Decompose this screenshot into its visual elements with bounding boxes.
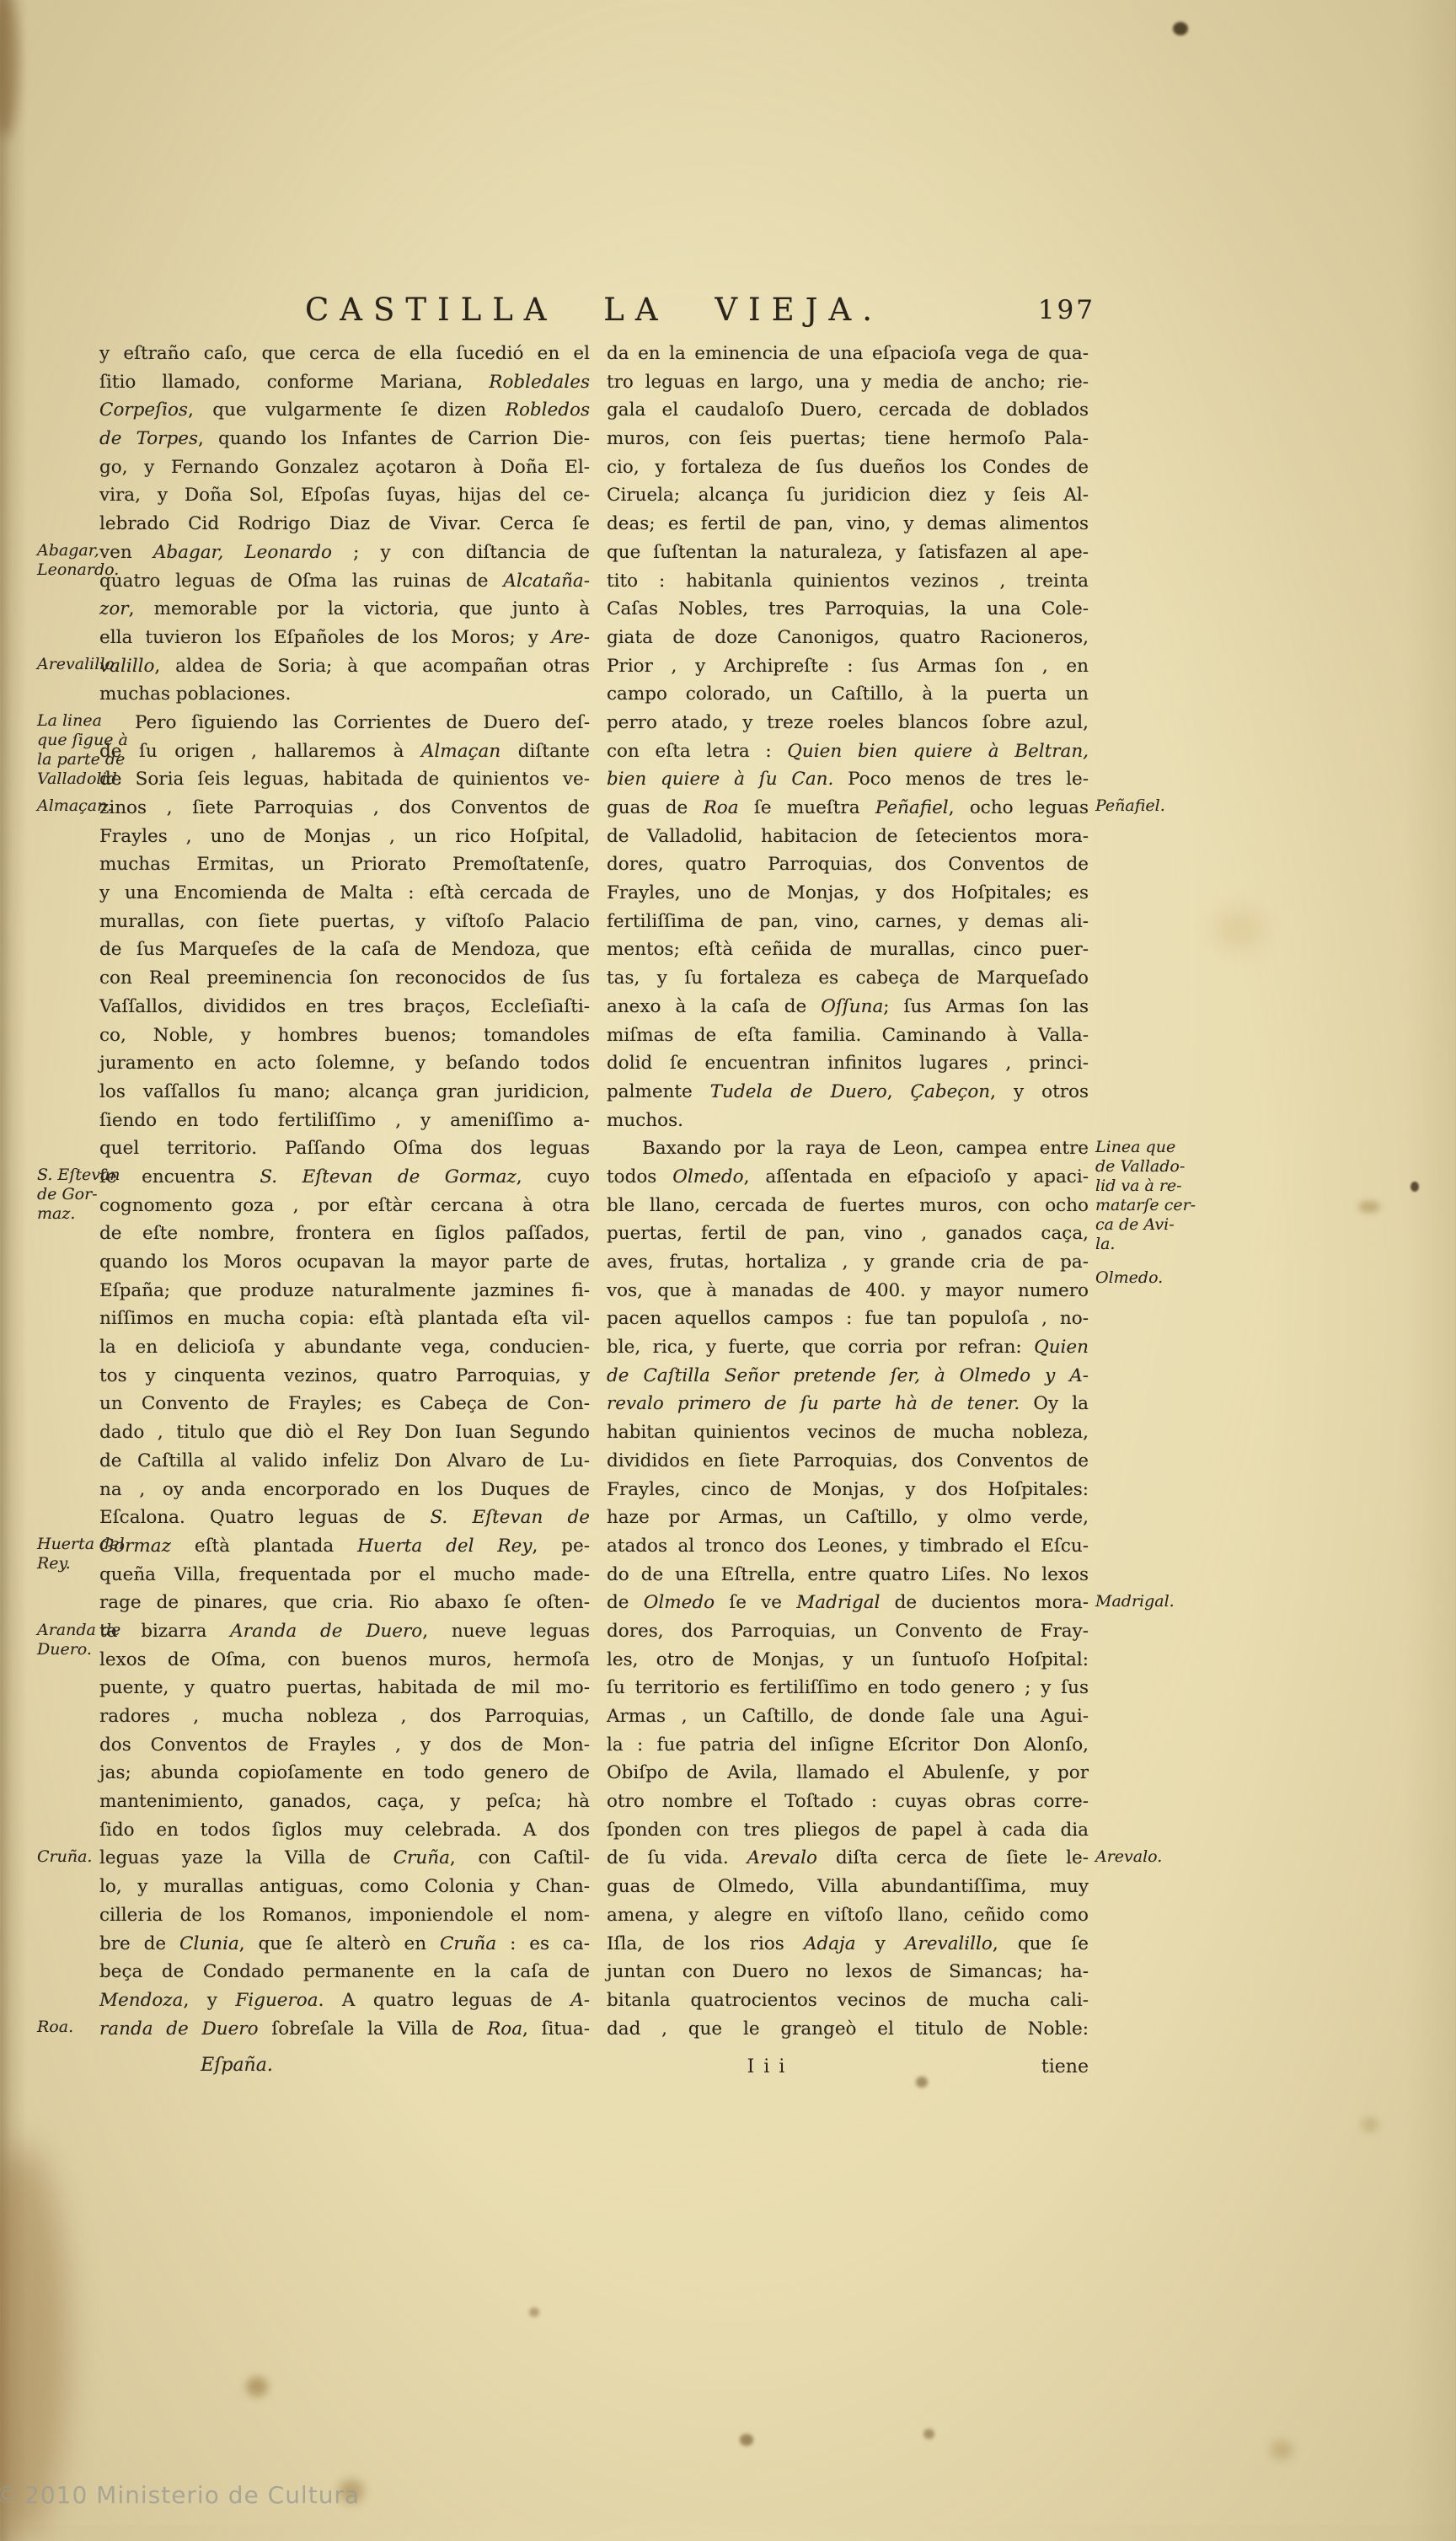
margin-note-line: ca de Avi-	[1095, 1215, 1202, 1235]
text-line: cognomento goza , por eſtàr cercana à ot…	[99, 1192, 590, 1220]
text-line: y eſtraño caſo, que cerca de ella ſucedi…	[99, 340, 590, 368]
text-line: ſiendo en todo fertiliſſimo , y ameniſſi…	[99, 1107, 590, 1135]
stain-spot	[246, 2377, 268, 2397]
text-line: guas de Olmedo, Villa abundantiſſima, mu…	[607, 1873, 1089, 1901]
stain-spot	[1362, 2117, 1378, 2132]
margin-note-line: Roa.	[37, 2018, 138, 2037]
text-line: muchas Ermitas, un Priorato Premoſtatenſ…	[99, 850, 590, 879]
text-line: bitanla quatrocientos vecinos de mucha c…	[607, 1986, 1089, 2015]
margin-note-line: Olmedo.	[1095, 1268, 1202, 1288]
text-line: amena, y alegre en viſtoſo llano, ceñido…	[607, 1901, 1089, 1930]
margin-note-line: que ſigue à	[37, 731, 138, 750]
text-line: puente, y quatro puertas, habitada de mi…	[99, 1674, 590, 1702]
margin-note-line: matarſe cer-	[1095, 1196, 1202, 1215]
text-line: zor, memorable por la victoria, que junt…	[99, 595, 590, 624]
margin-note: Linea quede Vallado-lid va à re-matarſe …	[1095, 1138, 1202, 1254]
margin-note-line: la parte de	[37, 750, 138, 769]
text-line: ſido en todos ſiglos muy celebrada. A do…	[99, 1816, 590, 1845]
margin-note-line: Aranda de	[37, 1621, 138, 1640]
text-line: muchas poblaciones.	[99, 680, 590, 709]
margin-note: S. Eſtevande Gor-maz.	[37, 1166, 138, 1224]
text-line: bien quiere à ſu Can. Poco menos de tres…	[607, 765, 1089, 794]
stain-spot	[529, 2308, 539, 2317]
text-line: aves, frutas, hortaliza , y grande cria …	[607, 1248, 1089, 1277]
margin-note: Huerta delRey.	[37, 1535, 138, 1573]
text-line: ven Abagar, Leonardo ; y con diſtancia d…	[99, 539, 590, 567]
stain-spot	[1213, 910, 1264, 949]
margin-note-line: de Vallado-	[1095, 1157, 1202, 1177]
text-line: dores, quatro Parroquias, dos Conventos …	[607, 850, 1089, 879]
text-line: con Real preeminencia ſon reconocidos de…	[99, 964, 590, 993]
text-line: les, otro de Monjas, y un ſuntuoſo Hoſpi…	[607, 1646, 1089, 1675]
stain-spot	[1173, 22, 1188, 35]
margin-note: Arevalo.	[1095, 1847, 1202, 1867]
text-line: Vaſſallos, divididos en tres braços, Ecc…	[99, 993, 590, 1021]
text-line: de Soria ſeis leguas, habitada de quinie…	[99, 765, 590, 794]
margin-note-line: Abagar,	[37, 541, 138, 560]
text-line: que ſuſtentan la naturaleza, y ſatisfaze…	[607, 539, 1089, 567]
text-line: cilleria de los Romanos, imponiendole el…	[99, 1901, 590, 1930]
text-line: Armas , un Caſtillo, de donde ſale una A…	[607, 1702, 1089, 1731]
text-line: Ciruela; alcança ſu juridicion diez y ſe…	[607, 481, 1089, 510]
text-line: queña Villa, frequentada por el mucho ma…	[99, 1561, 590, 1589]
margin-note-line: Leonardo.	[37, 560, 138, 580]
text-line: jas; abunda copioſamente en todo genero …	[99, 1759, 590, 1788]
margin-note-line: Madrigal.	[1095, 1592, 1202, 1611]
text-line: Corpeſios, que vulgarmente ſe dizen Robl…	[99, 396, 590, 425]
text-line: mantenimiento, ganados, caça, y peſca; h…	[99, 1788, 590, 1816]
margin-note-line: Peñafiel.	[1095, 796, 1202, 816]
text-line: guas de Roa ſe mueſtra Peñafiel, ocho le…	[607, 794, 1089, 823]
text-line: dores, dos Parroquias, un Convento de Fr…	[607, 1617, 1089, 1646]
copyright-icon: ©	[0, 2481, 19, 2509]
margin-note-line: de Gor-	[37, 1185, 138, 1204]
margin-note: Cruña.	[37, 1847, 138, 1867]
text-line: los vaſſallos ſu mano; alcança gran juri…	[99, 1078, 590, 1107]
margin-note-line: Valladolid.	[37, 769, 138, 789]
text-line: palmente Tudela de Duero, Çabeçon, y otr…	[607, 1078, 1089, 1107]
margin-note: Madrigal.	[1095, 1592, 1202, 1611]
book-page-scan: CASTILLA LA VIEJA. 197 y eſtraño caſo, q…	[0, 0, 1456, 2525]
text-line: deas; es fertil de pan, vino, y demas al…	[607, 510, 1089, 539]
margin-note: Peñafiel.	[1095, 796, 1202, 816]
text-line: revalo primero de ſu parte hà de tener. …	[607, 1390, 1089, 1418]
margin-note-line: lid va à re-	[1095, 1177, 1202, 1196]
text-line: rage de pinares, que cria. Rio abaxo ſe …	[99, 1589, 590, 1617]
text-line: gala el caudaloſo Duero, cercada de dobl…	[607, 396, 1089, 425]
text-line: ta bizarra Aranda de Duero, nueve leguas	[99, 1617, 590, 1646]
stain-spot	[0, 0, 19, 137]
margin-note-line: maz.	[37, 1204, 138, 1224]
stain-spot	[916, 2077, 928, 2088]
text-line: muchos.	[607, 1107, 1089, 1135]
text-line: miſmas de eſta familia. Caminando à Vall…	[607, 1021, 1089, 1050]
text-line: Baxando por la raya de Leon, campea entr…	[607, 1134, 1089, 1163]
text-line: lo, y murallas antiguas, como Colonia y …	[99, 1873, 590, 1901]
stain-spot	[1410, 1182, 1419, 1192]
text-line: tas, y ſu fortaleza es cabeça de Marqueſ…	[607, 964, 1089, 993]
text-line: muros, con ſeis puertas; tiene hermoſo P…	[607, 425, 1089, 453]
text-line: con eſta letra : Quien bien quiere à Bel…	[607, 737, 1089, 766]
text-line: leguas yaze la Villa de Cruña, con Caſti…	[99, 1844, 590, 1873]
margin-note: Arevalillo.	[37, 655, 138, 674]
text-line: tro leguas en largo, una y media de anch…	[607, 368, 1089, 397]
text-line: murallas, con ſiete puertas, y viſtoſo P…	[99, 908, 590, 936]
margin-note-line: Duero.	[37, 1640, 138, 1659]
text-line: de ſus Marqueſes de la caſa de Mendoza, …	[99, 935, 590, 964]
text-line: ſu territorio es fertiliſſimo en todo ge…	[607, 1674, 1089, 1702]
text-line: do de una Eſtrella, entre quatro Liſes. …	[607, 1561, 1089, 1589]
text-line: y una Encomienda de Malta : eſtà cercada…	[99, 879, 590, 908]
text-line: de Caſtilla Señor pretende ſer, à Olmedo…	[607, 1362, 1089, 1391]
text-line: dad , que le grangeò el titulo de Noble:	[607, 2015, 1089, 2044]
margin-note: Abagar,Leonardo.	[37, 541, 138, 580]
text-line: dolid ſe encuentran infinitos lugares , …	[607, 1049, 1089, 1078]
text-line: mentos; eſtà ceñida de murallas, cinco p…	[607, 935, 1089, 964]
margin-note: La lineaque ſigue àla parte deValladolid…	[37, 711, 138, 789]
page-title: CASTILLA LA VIEJA.	[99, 292, 1089, 328]
text-line: de ſu vida. Arevalo diſta cerca de ſiete…	[607, 1844, 1089, 1873]
text-line: puertas, fertil de pan, vino , ganados c…	[607, 1220, 1089, 1248]
text-line: habitan quinientos vecinos de mucha nobl…	[607, 1418, 1089, 1447]
text-line: atados al tronco dos Leones, y timbrado …	[607, 1532, 1089, 1561]
text-line: quel territorio. Paſſando Oſma dos legua…	[99, 1134, 590, 1163]
stain-spot	[0, 2145, 68, 2525]
text-line: Obiſpo de Avila, llamado el Abulenſe, y …	[607, 1759, 1089, 1788]
text-line: un Convento de Frayles; es Cabeça de Con…	[99, 1390, 590, 1418]
margin-note-line: S. Eſtevan	[37, 1166, 138, 1185]
text-line: todos Olmedo, aſſentada en eſpacioſo y a…	[607, 1163, 1089, 1192]
text-line: perro atado, y treze roeles blancos ſobr…	[607, 709, 1089, 737]
text-line: Prior , y Archipreſte : ſus Armas ſon , …	[607, 652, 1089, 681]
text-line: go, y Fernando Gonzalez açotaron à Doña …	[99, 453, 590, 482]
text-line: co, Noble, y hombres buenos; tomandoles	[99, 1021, 590, 1050]
stain-spot	[923, 2429, 934, 2439]
text-line: Caſas Nobles, tres Parroquias, la una Co…	[607, 595, 1089, 624]
text-line: randa de Duero ſobreſale la Villa de Roa…	[99, 2015, 590, 2044]
text-line: otro nombre el Toſtado : cuyas obras cor…	[607, 1788, 1089, 1816]
text-line: Frayles , uno de Monjas , un rico Hoſpit…	[99, 823, 590, 851]
text-line: da en la eminencia de una eſpacioſa vega…	[607, 340, 1089, 368]
margin-note: Almaçan.	[37, 796, 138, 816]
text-line: Eſcalona. Quatro leguas de S. Eſtevan de	[99, 1504, 590, 1532]
text-line: vira, y Doña Sol, Eſpoſas ſuyas, hijas d…	[99, 481, 590, 510]
text-line: ble, rica, y fuerte, que corria por refr…	[607, 1333, 1089, 1362]
text-line: divididos en ſiete Parroquias, dos Conve…	[607, 1447, 1089, 1476]
page-number: 197	[969, 295, 1095, 325]
margin-note: Roa.	[37, 2018, 138, 2037]
text-line: la en delicioſa y abundante vega, conduc…	[99, 1333, 590, 1362]
margin-note: Olmedo.	[1095, 1268, 1202, 1288]
text-line: Frayles, uno de Monjas, y dos Hoſpitales…	[607, 879, 1089, 908]
margin-note-line: Cruña.	[37, 1847, 138, 1867]
margin-note-line: La linea	[37, 711, 138, 731]
text-line: beça de Condado permanente en la caſa de	[99, 1958, 590, 1986]
text-line: niſſimos en mucha copia: eſtà plantada e…	[99, 1305, 590, 1333]
text-line: juntan con Duero no lexos de Simancas; h…	[607, 1958, 1089, 1986]
margin-note-line: Arevalo.	[1095, 1847, 1202, 1867]
text-line: Mendoza, y Figueroa. A quatro leguas de …	[99, 1986, 590, 2015]
text-column-left: y eſtraño caſo, que cerca de ella ſucedi…	[99, 340, 590, 2043]
text-line: campo colorado, un Caſtillo, à la puerta…	[607, 680, 1089, 709]
text-line: ble llano, cercada de fuertes muros, con…	[607, 1192, 1089, 1220]
text-line: Pero ſiguiendo las Corrientes de Duero d…	[99, 709, 590, 737]
text-line: giata de doze Canonigos, quatro Racioner…	[607, 624, 1089, 652]
text-line: lexos de Oſma, con buenos muros, hermoſa	[99, 1646, 590, 1675]
signature-mark: I i i	[691, 2055, 843, 2080]
text-line: de Caſtilla al valido infeliz Don Alvaro…	[99, 1447, 590, 1476]
text-line: radores , mucha nobleza , dos Parroquias…	[99, 1702, 590, 1731]
text-line: vos, que à manadas de 400. y mayor numer…	[607, 1277, 1089, 1305]
text-line: lebrado Cid Rodrigo Diaz de Vivar. Cerca…	[99, 510, 590, 539]
text-line: quatro leguas de Oſma las ruinas de Alca…	[99, 567, 590, 596]
text-line: de Valladolid, habitacion de ſetecientos…	[607, 823, 1089, 851]
text-line: haze por Armas, un Caſtillo, y olmo verd…	[607, 1504, 1089, 1532]
text-line: tito : habitanla quinientos vezinos , tr…	[607, 567, 1089, 596]
text-line: Gormaz eſtà plantada Huerta del Rey, pe-	[99, 1532, 590, 1561]
text-line: de ſu origen , hallaremos à Almaçan diſt…	[99, 737, 590, 766]
margin-note-line: Rey.	[37, 1554, 138, 1573]
text-line: ſitio llamado, conforme Mariana, Robleda…	[99, 368, 590, 397]
text-line: dos Conventos de Frayles , y dos de Mon-	[99, 1731, 590, 1760]
stain-spot	[1271, 2441, 1293, 2459]
text-line: Frayles, cinco de Monjas, y dos Hoſpital…	[607, 1476, 1089, 1504]
margin-note-line: Almaçan.	[37, 796, 138, 816]
text-line: tos y cinquenta vezinos, quatro Parroqui…	[99, 1362, 590, 1391]
text-line: ſe encuentra S. Eſtevan de Gormaz, cuyo	[99, 1163, 590, 1192]
text-line: la : fue patria del inſigne Eſcritor Don…	[607, 1731, 1089, 1760]
text-line: ſponden con tres pliegos de papel à cada…	[607, 1816, 1089, 1845]
text-line: cio, y fortaleza de ſus dueños los Conde…	[607, 453, 1089, 482]
stain-spot	[1358, 1201, 1380, 1213]
text-line: bre de Clunia, que ſe alterò en Cruña : …	[99, 1930, 590, 1959]
text-line: juramento en acto ſolemne, y beſando tod…	[99, 1049, 590, 1078]
margin-note-line: Huerta del	[37, 1535, 138, 1554]
stain-spot	[740, 2434, 753, 2446]
text-line: Eſpaña; que produze naturalmente jazmine…	[99, 1277, 590, 1305]
text-line: quando los Moros ocupavan la mayor parte…	[99, 1248, 590, 1277]
text-line: na , oy anda encorporado en los Duques d…	[99, 1476, 590, 1504]
text-column-right: da en la eminencia de una eſpacioſa vega…	[607, 340, 1089, 2043]
text-line: zinos , ſiete Parroquias , dos Conventos…	[99, 794, 590, 823]
text-line: de Torpes, quando los Infantes de Carrio…	[99, 425, 590, 453]
catchword-right-column: tiene	[945, 2055, 1089, 2080]
watermark-text: 2010 Ministerio de Cultura	[24, 2481, 360, 2509]
text-line: ella tuvieron los Eſpañoles de los Moros…	[99, 624, 590, 652]
text-line: dado , titulo que diò el Rey Don Iuan Se…	[99, 1418, 590, 1447]
margin-note: Aranda deDuero.	[37, 1621, 138, 1659]
margin-note-line: Arevalillo.	[37, 655, 138, 674]
text-line: pacen aquellos campos : fue tan populoſa…	[607, 1305, 1089, 1333]
text-line: fertiliſſima de pan, vino, carnes, y dem…	[607, 908, 1089, 936]
catchword-left-column: Eſpaña.	[165, 2053, 308, 2078]
text-line: de Olmedo ſe ve Madrigal de ducientos mo…	[607, 1589, 1089, 1617]
margin-note-line: la.	[1095, 1235, 1202, 1254]
text-line: valillo, aldea de Soria; à que acompañan…	[99, 652, 590, 681]
text-line: de eſte nombre, frontera en ſiglos paſſa…	[99, 1220, 590, 1248]
text-line: anexo à la caſa de Oſſuna; ſus Armas ſon…	[607, 993, 1089, 1021]
margin-note-line: Linea que	[1095, 1138, 1202, 1157]
text-line: Iſla, de los rios Adaja y Arevalillo, qu…	[607, 1930, 1089, 1959]
watermark: ©2010 Ministerio de Cultura	[13, 2481, 360, 2509]
